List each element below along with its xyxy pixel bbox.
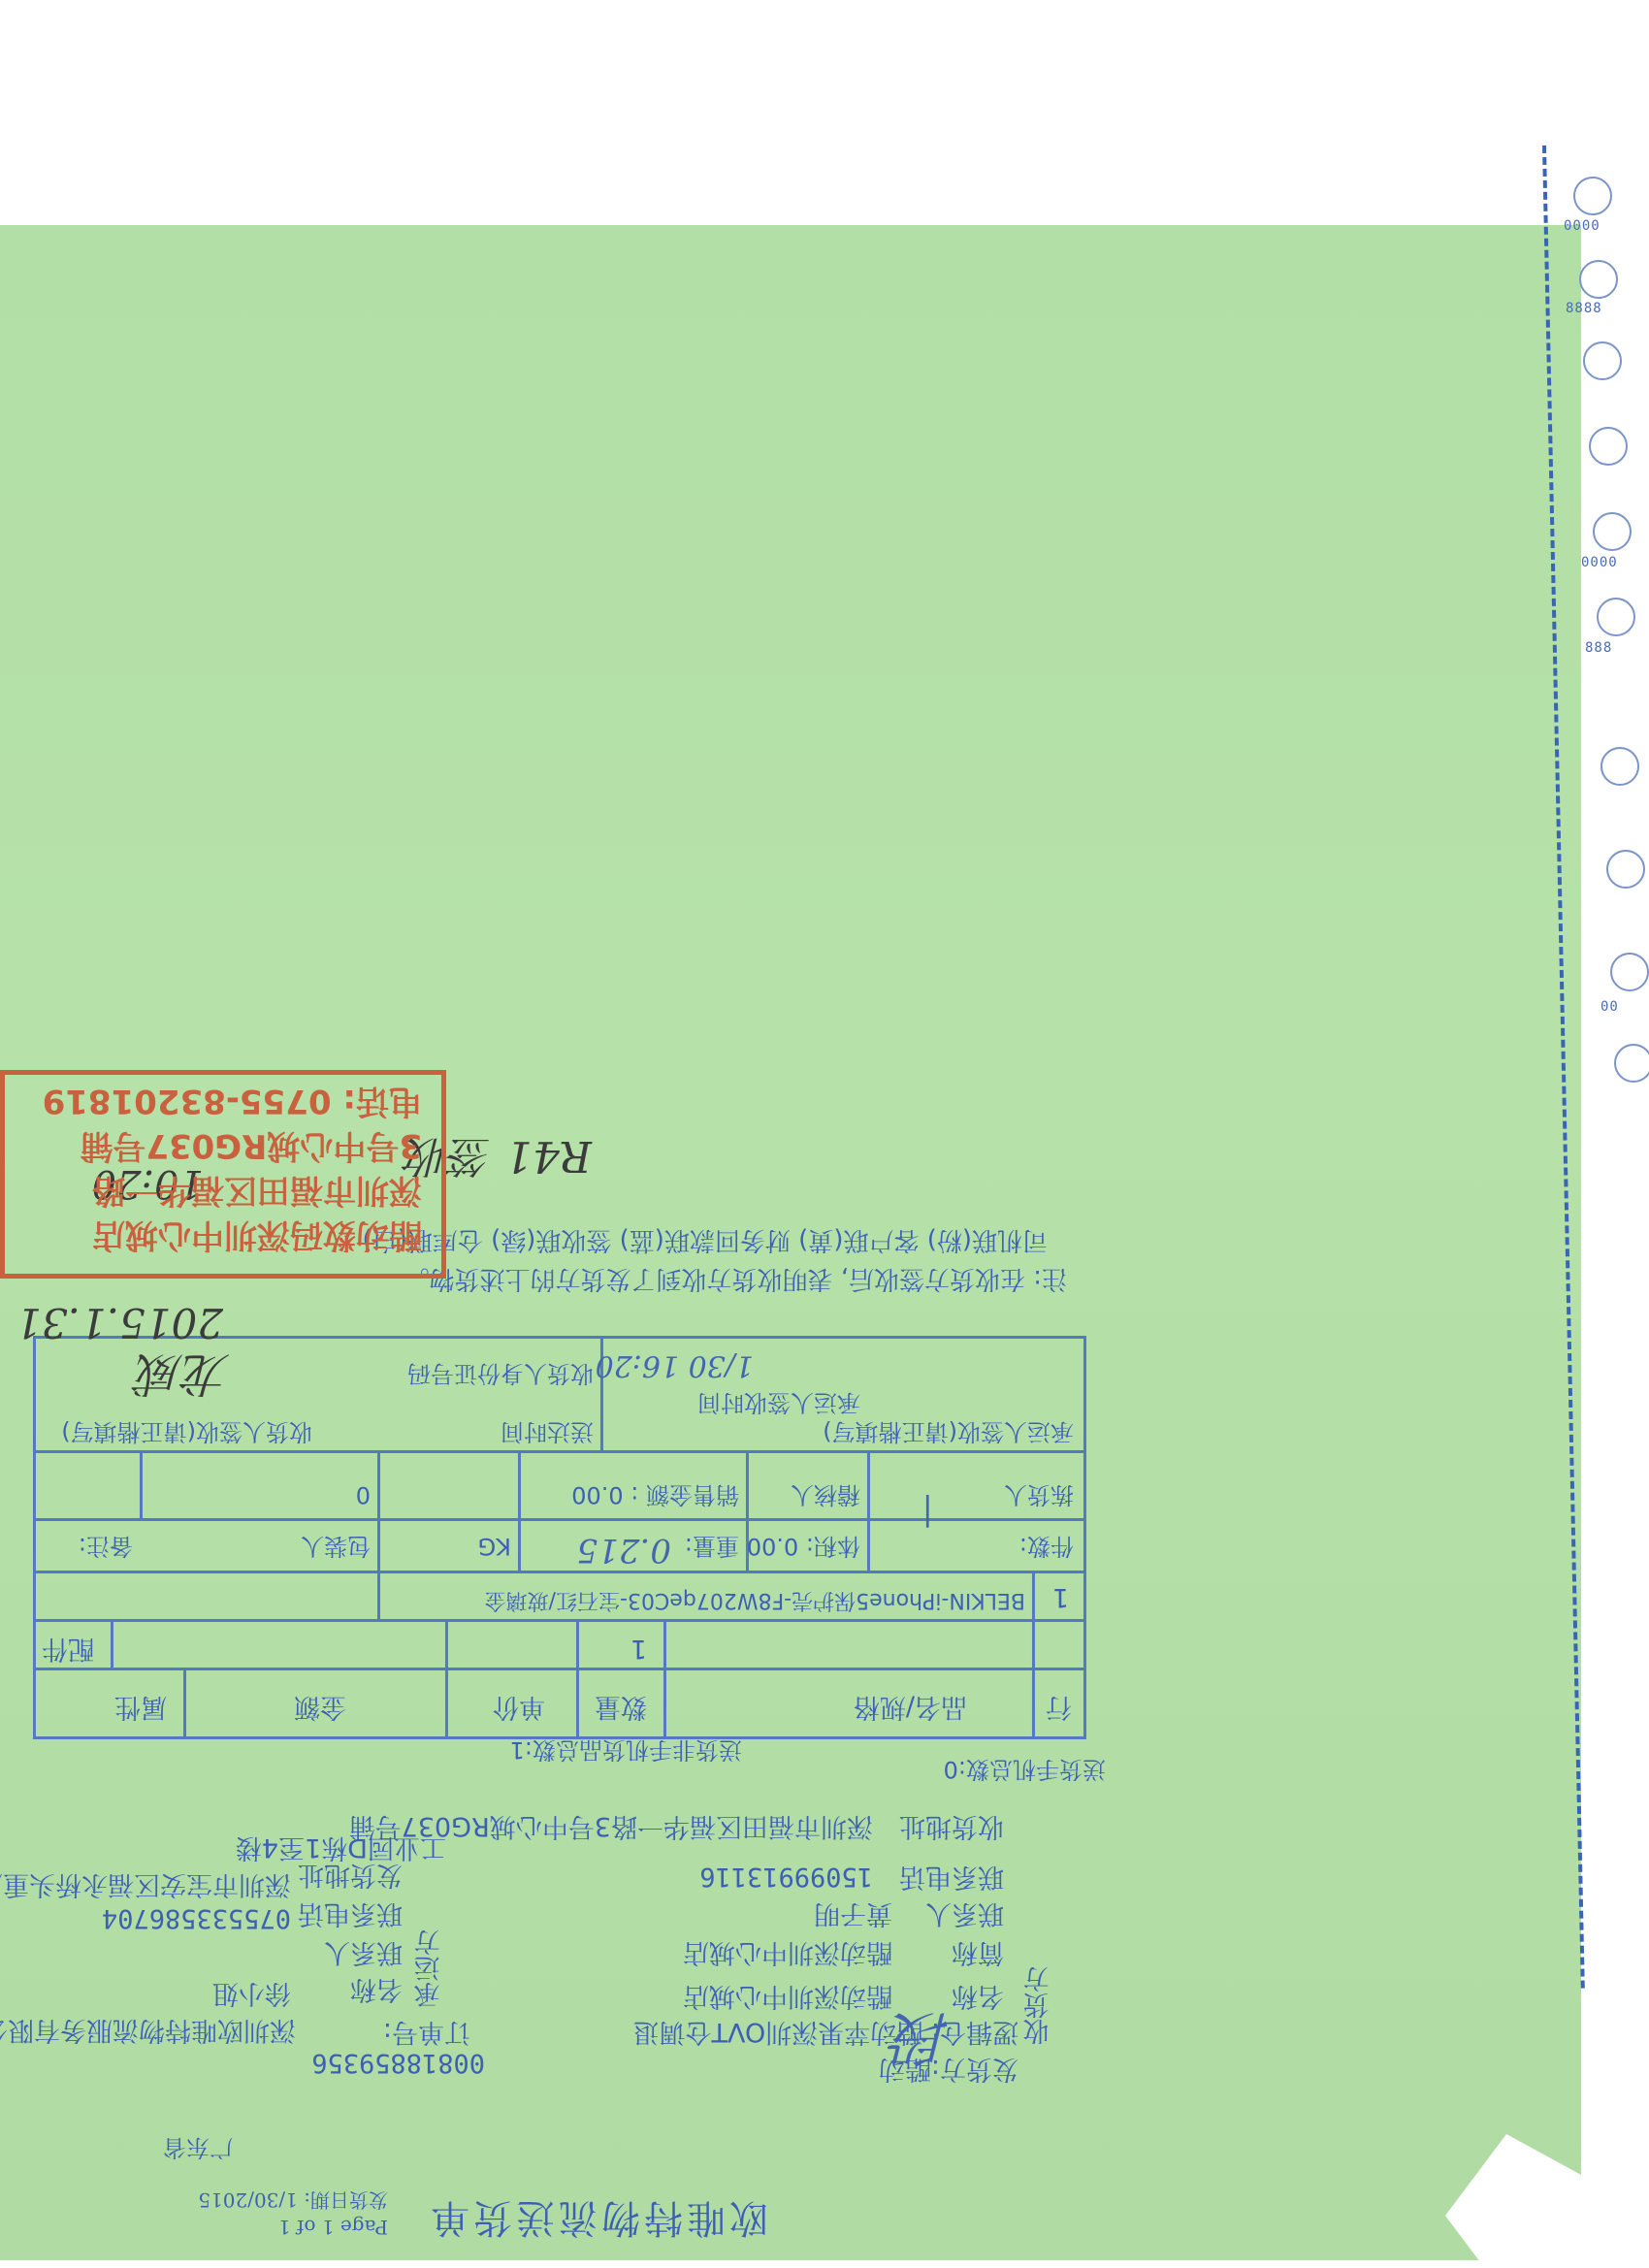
table-rule xyxy=(663,1622,666,1736)
note-line1: 注: 在收货方签收后, 表明收货方收到了发货方的上述货物。 xyxy=(404,1263,1067,1293)
header-qty: 数量 xyxy=(595,1691,647,1722)
volume-label: 体积: xyxy=(806,1533,860,1560)
picker-label: 拣货人 xyxy=(1004,1480,1074,1508)
packer-label: 包装人 xyxy=(301,1532,371,1560)
carrier-side-label: 承运方 xyxy=(415,1929,446,2008)
table-rule xyxy=(183,1670,186,1736)
carrier-sign-label: 承运人签收(请正楷填写) xyxy=(823,1417,1074,1445)
handwritten-pieces: | xyxy=(922,1494,933,1533)
receiver-name: 酷动深圳中心城店 xyxy=(683,1980,892,2011)
receiver-name-label: 名称 xyxy=(952,1980,1004,2011)
table-rule xyxy=(377,1453,380,1622)
header-attribute: 属性 xyxy=(114,1691,167,1722)
volume: 体积: 0.00 xyxy=(747,1532,860,1560)
row-product: BELKIN-iPhone5保护壳-F8W207qeC03-宝石红/玻璃金 xyxy=(485,1587,1025,1612)
carrier-sign-time-label: 承运人签收时间 xyxy=(697,1388,860,1416)
table-rule xyxy=(867,1453,870,1573)
header-product: 品名/规格 xyxy=(854,1691,967,1722)
carrier-name: 深圳欧唯特物流服务有限公司 xyxy=(0,2014,296,2045)
table-rule xyxy=(36,1619,1083,1622)
receiver-phone-label: 联系电话 xyxy=(899,1861,1004,1892)
volume-value: 0.00 xyxy=(747,1533,798,1560)
carrier-address-label: 发货地址 xyxy=(298,1859,403,1890)
goods-table: 行 品名/规格 数量 单价 金额 属性 配件 1 1 BELKIN-iPhone… xyxy=(33,1336,1086,1739)
handwritten-date: 2015.1.31 xyxy=(16,1299,223,1346)
receiver-id-label: 收货人身份证号码 xyxy=(407,1359,594,1387)
page-indicator: Page 1 of 1 xyxy=(278,2216,388,2239)
table-rule xyxy=(140,1453,143,1521)
order-no: 00818859356 xyxy=(311,2047,485,2078)
receiver-short-label: 简称 xyxy=(952,1936,1004,1967)
handwritten-weight: 0.215 xyxy=(577,1531,671,1570)
packer-value: 0 xyxy=(356,1480,371,1508)
header-amount: 金额 xyxy=(294,1691,346,1722)
province: 广东省 xyxy=(163,2133,233,2161)
warehouse-value: 酷动苹果深圳OVT仓调退 xyxy=(633,2017,923,2047)
sales-amount-value: 0.00 xyxy=(571,1481,623,1508)
receiver-phone: 15099913116 xyxy=(699,1861,873,1892)
carrier-name-label: 名称 xyxy=(350,1973,403,2004)
carrier-contact: 徐小姐 xyxy=(212,1977,291,2008)
weight-unit: KG xyxy=(478,1532,511,1560)
carrier-address-line1: 深圳市宝安区福永桥头重庆路10号惠德美 xyxy=(0,1868,291,1899)
sales-amount: 销售金额 : 0.00 xyxy=(571,1480,739,1508)
warehouse: 逻辑仓: 酷动苹果深圳OVT仓调退 xyxy=(633,2016,1018,2047)
ship-date-value: 1/30/2015 xyxy=(198,2188,298,2212)
stamp-line3: 3号中心城RG037号铺 xyxy=(80,1125,422,1173)
store-stamp: 酷动数码深圳中心城店 深圳市福田区福华一路 3号中心城RG037号铺 电话: 0… xyxy=(0,1070,446,1279)
stamp-line1: 酷动数码深圳中心城店 xyxy=(92,1215,422,1262)
handwritten-sign-time: 1/30 16:20 xyxy=(596,1348,754,1382)
header-row: 行 xyxy=(1046,1691,1072,1722)
receiver-contact: 黄子明 xyxy=(814,1897,892,1928)
stamp-line2: 深圳市福田区福华一路 xyxy=(92,1170,422,1217)
table-rule xyxy=(445,1622,448,1736)
phones-total: 送货手机总数:0 xyxy=(944,1755,1106,1783)
weight-label: 重量: xyxy=(685,1532,739,1560)
receiver-short: 酷动深圳中心城店 xyxy=(683,1936,892,1967)
delivery-time-label: 送达时间 xyxy=(501,1417,594,1445)
carrier-address-line2: 工业园D栋1至4楼 xyxy=(236,1831,446,1863)
header-accessory: 配件 xyxy=(42,1633,94,1664)
receiver-signature: 龙威 xyxy=(137,1345,230,1411)
ship-date: 发货日期: 1/30/2015 xyxy=(198,2188,388,2212)
receiver-contact-label: 联系人 xyxy=(925,1897,1004,1928)
row-qty: 1 xyxy=(630,1633,647,1664)
row-number: 1 xyxy=(1052,1581,1069,1612)
table-rule xyxy=(36,1571,1083,1573)
document-title: 欧唯特物流送货单 xyxy=(427,2194,768,2241)
table-rule xyxy=(111,1622,113,1670)
stamp-line4: 电话: 0755-83201819 xyxy=(43,1081,422,1128)
note-line2: 司机联(粉) 客户联(黄) 财务回款联(蓝) 签收联(绿) 仓库联(白) xyxy=(363,1224,1049,1254)
receiver-sign-label: 收货人签收(请正楷填写) xyxy=(61,1417,312,1445)
ship-date-label: 发货日期: xyxy=(304,2188,388,2212)
checker-label: 稽核人 xyxy=(791,1480,860,1508)
carrier-phone: 075533586704 xyxy=(102,1902,291,1933)
table-rule xyxy=(1032,1573,1035,1736)
carrier-contact-label: 联系人 xyxy=(324,1936,403,1967)
printed-content: 欧唯特物流送货单 Page 1 of 1 发货日期: 1/30/2015 广东省… xyxy=(0,0,1649,2268)
table-rule xyxy=(576,1622,579,1736)
receiver-address-label: 收货地址 xyxy=(899,1810,1004,1841)
table-rule xyxy=(36,1450,1083,1453)
non-phones-total: 送货非手机货品总数:1 xyxy=(510,1735,742,1764)
carrier-phone-label: 联系电话 xyxy=(298,1897,403,1928)
handwritten-initials: 段 xyxy=(892,2000,951,2084)
remark-label: 备注: xyxy=(79,1532,133,1560)
order-no-label: 订单号: xyxy=(383,2016,470,2047)
table-rule xyxy=(518,1453,521,1573)
sales-amount-label: 销售金额 : xyxy=(630,1481,739,1508)
table-rule xyxy=(36,1668,1083,1670)
receiver-side-label: 收货方 xyxy=(1024,1966,1055,2045)
header-unit-price: 单价 xyxy=(493,1691,545,1722)
pieces-label: 件数: xyxy=(1019,1532,1074,1560)
